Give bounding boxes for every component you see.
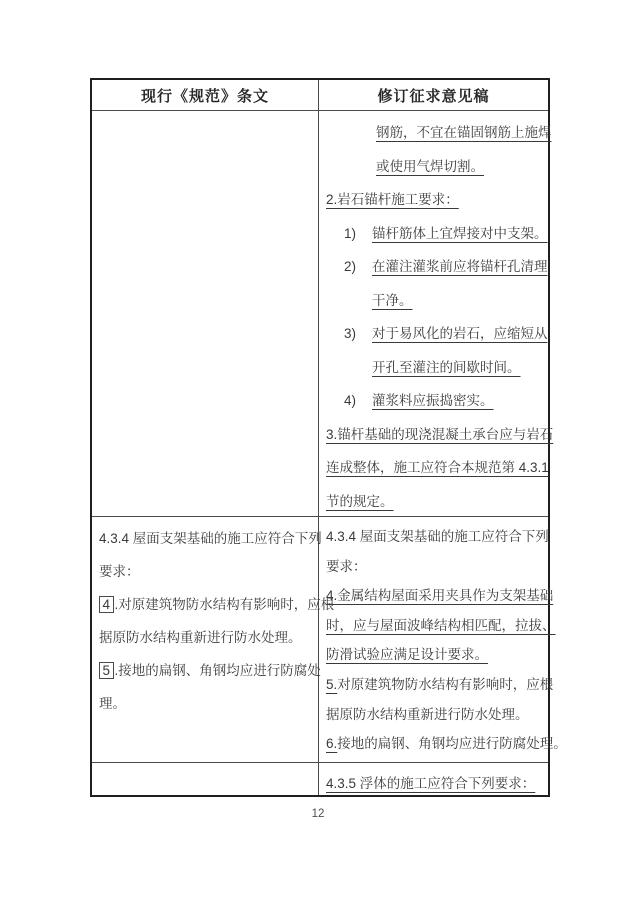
revision-text-line: 要求： (326, 552, 541, 582)
list-item-text: 对于易风化的岩石，应缩短从 (372, 326, 548, 341)
row1-left-cell-empty (92, 111, 319, 516)
row3-right-cell: 4.3.5 浮体的施工应符合下列要求： (319, 763, 548, 795)
revision-text-line: 3.锚杆基础的现浇混凝土承台应与岩石 (326, 427, 553, 442)
header-current-code: 现行《规范》条文 (92, 80, 319, 110)
table-row: 4.3.5 浮体的施工应符合下列要求： (92, 762, 548, 795)
list-item-text: 锚杆筋体上宜焊接对中支架。 (372, 226, 548, 241)
list-item-text: 灌浆料应振捣密实。 (372, 393, 494, 408)
current-code-text-line: 要求： (99, 555, 311, 588)
revision-text-line: 4.3.4 屋面支架基础的施工应符合下列 (326, 522, 541, 552)
table-header-row: 现行《规范》条文 修订征求意见稿 (92, 80, 548, 110)
list-number: 3) (344, 317, 372, 351)
row2-right-cell: 4.3.4 屋面支架基础的施工应符合下列 要求： 4.金属结构屋面采用夹具作为支… (319, 517, 548, 762)
row3-left-cell-empty (92, 763, 319, 795)
list-item-text: 干净。 (372, 293, 413, 308)
revision-inserted-line: 防滑试验应满足设计要求。 (326, 647, 488, 662)
current-code-text-line: 4.3.4 屋面支架基础的施工应符合下列 (99, 522, 311, 555)
current-code-text-line: 据原防水结构重新进行防水处理。 (99, 621, 311, 654)
list-number: 1) (344, 217, 372, 251)
table-row: 4.3.4 屋面支架基础的施工应符合下列 要求： 4.对原建筑物防水结构有影响时… (92, 516, 548, 762)
renumbered-item-number: 5. (326, 677, 337, 692)
revision-text-line: 钢筋，不宜在锚固钢筋上施焊 (376, 125, 552, 140)
revision-clause-title: 2.岩石锚杆施工要求： (326, 192, 459, 207)
revision-text-line: 据原防水结构重新进行防水处理。 (326, 700, 541, 730)
list-item-text: 在灌注灌浆前应将锚杆孔清理 (372, 259, 548, 274)
revision-clause-title: 4.3.5 浮体的施工应符合下列要求： (326, 776, 535, 791)
current-code-text-line: 理。 (99, 687, 311, 720)
list-item-text: 开孔至灌注的间歇时间。 (372, 360, 521, 375)
revision-inserted-line: 时，应与屋面波峰结构相匹配，拉拔、 (326, 618, 556, 633)
header-revision-draft: 修订征求意见稿 (319, 80, 548, 110)
list-number: 4) (344, 384, 372, 418)
boxed-item-number: 4 (99, 596, 114, 613)
page-number: 12 (90, 808, 546, 820)
revision-text-line: 连成整体，施工应符合本规范第 4.3.1 (326, 460, 549, 475)
revision-text-line: 接地的扁钢、角钢均应进行防腐处理。 (337, 736, 567, 751)
table-row: 钢筋，不宜在锚固钢筋上施焊 或使用气焊切割。 2.岩石锚杆施工要求： 1)锚杆筋… (92, 110, 548, 516)
list-number: 2) (344, 250, 372, 284)
renumbered-item-number: 6. (326, 736, 337, 751)
revision-inserted-line: 4.金属结构屋面采用夹具作为支架基础 (326, 588, 553, 603)
current-code-text-line: .接地的扁钢、角钢均应进行防腐处 (115, 663, 321, 678)
current-code-text-line: .对原建筑物防水结构有影响时，应根 (115, 597, 335, 612)
revision-text-line: 对原建筑物防水结构有影响时，应根 (337, 677, 553, 692)
revision-text-line: 或使用气焊切割。 (376, 159, 484, 174)
comparison-table: 现行《规范》条文 修订征求意见稿 钢筋，不宜在锚固钢筋上施焊 或使用气焊切割。 … (90, 78, 550, 797)
revision-text-line: 节的规定。 (326, 494, 394, 509)
boxed-item-number: 5 (99, 662, 114, 679)
row1-right-cell: 钢筋，不宜在锚固钢筋上施焊 或使用气焊切割。 2.岩石锚杆施工要求： 1)锚杆筋… (319, 111, 548, 516)
row2-left-cell: 4.3.4 屋面支架基础的施工应符合下列 要求： 4.对原建筑物防水结构有影响时… (92, 517, 319, 762)
